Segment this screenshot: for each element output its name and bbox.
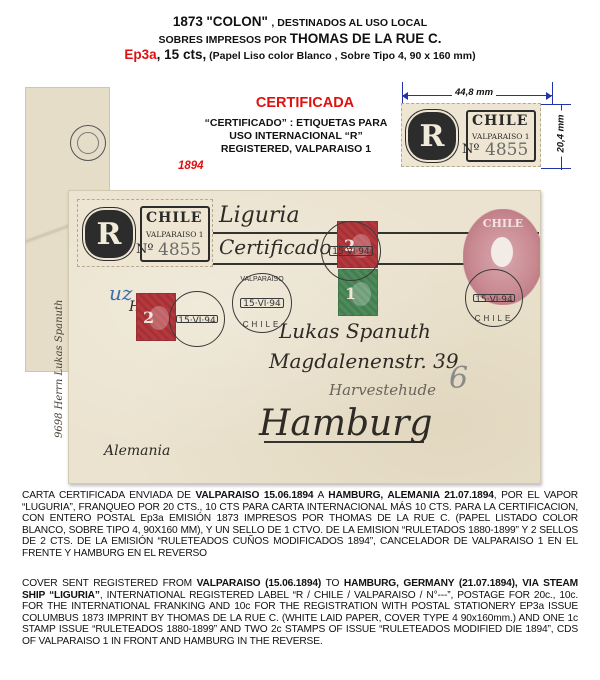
label-number-prefix: Nº xyxy=(462,142,480,157)
header-line-1: 1873 "COLON" , DESTINADOS AL USO LOCAL xyxy=(0,14,600,29)
text-segment: CARTA CERTIFICADA ENVIADA DE xyxy=(22,490,195,501)
registration-label: R CHILE VALPARAISO 1 Nº 4855 xyxy=(401,103,541,167)
year-label: 1894 xyxy=(178,160,204,172)
header-subtitle: , DESTINADOS AL USO LOCAL xyxy=(271,17,427,29)
label-number: 4855 xyxy=(158,240,201,260)
label-country: CHILE xyxy=(472,113,528,129)
valparaiso-postmark: 15·VI·94 CHILE xyxy=(465,269,523,327)
postmark-date: 15·VI·94 xyxy=(240,298,284,307)
handwriting-addressee: Lukas Spanuth xyxy=(279,319,431,343)
certificate-line: “CERTIFICADO” : ETIQUETAS PARA xyxy=(196,117,396,130)
handwriting-city: Hamburg xyxy=(259,403,432,444)
face-value: , 15 cts, xyxy=(157,47,207,62)
header-printer: THOMAS DE LA RUE C. xyxy=(290,31,442,46)
text-segment: TO xyxy=(321,578,344,589)
header-year: 1873 xyxy=(173,14,203,29)
postmark-country: CHILE xyxy=(466,314,522,323)
arrow-right-icon xyxy=(546,92,552,100)
indicium-text: CHILE xyxy=(477,217,529,230)
handwriting-country: Alemania xyxy=(104,443,170,459)
columbus-portrait-icon xyxy=(149,306,169,330)
registration-label: R CHILE VALPARAISO 1 Nº 4855 xyxy=(77,199,213,267)
description-spanish: CARTA CERTIFICADA ENVIADA DE VALPARAISO … xyxy=(22,490,578,559)
catalog-number: Ep3a xyxy=(124,47,156,62)
certificate-title: CERTIFICADA xyxy=(230,95,380,111)
r-rosette-icon: R xyxy=(85,210,133,258)
hamburg-postmark xyxy=(70,125,106,161)
text-segment: A xyxy=(313,490,328,501)
valparaiso-postmark: 15·VI·94 xyxy=(321,221,381,281)
postmark-date: 15·VI·94 xyxy=(176,315,217,324)
text-segment: , INTERNATIONAL REGISTERED LABEL “R / CH… xyxy=(22,590,578,647)
label-country: CHILE xyxy=(146,210,202,226)
postmark-city: VALPARAISO xyxy=(233,276,291,283)
destination-highlight: HAMBURG, ALEMANIA 21.07.1894 xyxy=(328,490,493,501)
label-number: 4855 xyxy=(485,140,528,160)
label-number-prefix: Nº xyxy=(136,242,154,257)
height-label: 20,4 mm xyxy=(556,111,567,157)
postmark-date: 15·VI·94 xyxy=(329,246,373,255)
handwriting-district: Harvestehude xyxy=(329,381,436,399)
certificate-line: USO INTERNACIONAL “R” xyxy=(196,130,396,143)
header-printer-prefix: SOBRES IMPRESOS POR xyxy=(158,34,286,46)
label-city-name: VALPARAISO xyxy=(146,230,196,239)
valparaiso-postmark: 15·VI·94 xyxy=(169,291,225,347)
valparaiso-postmark: VALPARAISO 15·VI·94 CHILE xyxy=(232,273,292,333)
header-line-2: SOBRES IMPRESOS POR THOMAS DE LA RUE C. xyxy=(0,31,600,46)
registration-label-detail: R CHILE VALPARAISO 1 Nº 4855 xyxy=(401,103,541,167)
header-line-3: Ep3a, 15 cts, (Papel Liso color Blanco ,… xyxy=(0,47,600,62)
postmark-country: CHILE xyxy=(233,320,291,329)
header-name: "COLON" xyxy=(206,14,268,29)
text-segment: COVER SENT REGISTERED FROM xyxy=(22,578,197,589)
origin-highlight: VALPARAISO (15.06.1894) xyxy=(197,578,321,589)
certificate-line: REGISTERED, VALPARAISO 1 xyxy=(196,143,396,156)
envelope-front-image: Liguria Certificado uz Herrn Lukas Spanu… xyxy=(68,190,541,484)
envelope-details: (Papel Liso color Blanco , Sobre Tipo 4,… xyxy=(209,50,475,62)
handwriting-ship: Liguria xyxy=(219,203,300,228)
dimension-guide xyxy=(552,82,553,104)
arrow-left-icon xyxy=(402,92,408,100)
postmark-date: 15·VI·94 xyxy=(473,294,516,303)
height-dimension: 20,4 mm xyxy=(554,104,568,170)
handwriting-certified: Certificado xyxy=(219,235,331,259)
width-dimension: 44,8 mm xyxy=(402,88,552,102)
columbus-portrait-icon xyxy=(351,282,371,306)
label-city-suffix: 1 xyxy=(199,230,204,239)
description-english: COVER SENT REGISTERED FROM VALPARAISO (1… xyxy=(22,578,578,647)
r-rosette-icon: R xyxy=(408,112,456,160)
certificate-description: “CERTIFICADO” : ETIQUETAS PARA USO INTER… xyxy=(196,117,396,156)
width-label: 44,8 mm xyxy=(452,87,496,98)
pencil-mark: 6 xyxy=(449,361,468,396)
label-city: VALPARAISO 1 xyxy=(146,230,204,239)
origin-highlight: VALPARAISO 15.06.1894 xyxy=(195,490,313,501)
handwriting-street: Magdalenenstr. 39 xyxy=(269,349,459,373)
columbus-bust-icon xyxy=(491,237,513,267)
